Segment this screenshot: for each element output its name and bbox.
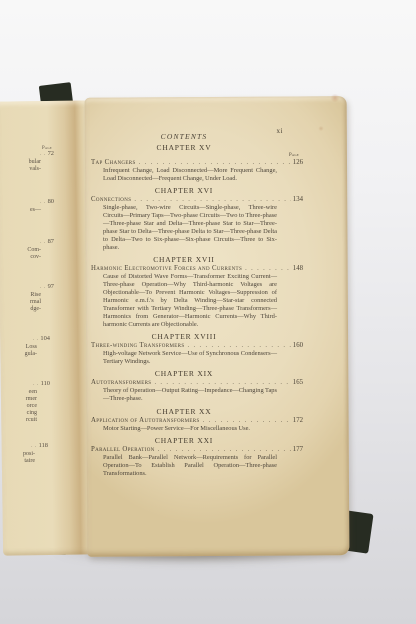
toc-sections: CHAPTER XV Page Tap Changers 126 Infrequ…	[91, 144, 303, 478]
toc-entry-description: Parallel Bank—Parallel Network—Requireme…	[103, 454, 277, 478]
fragment-page-number: 97	[0, 284, 54, 292]
page-title: CONTENTS	[161, 132, 208, 141]
fragment-page-number: 118	[0, 443, 48, 451]
toc-entry: Connections 134	[91, 196, 303, 204]
toc-entry-description: Theory of Operation—Output Rating—Impeda…	[103, 387, 277, 403]
contents-text-block: CONTENTS xi CHAPTER XV Page Tap Changers…	[91, 126, 303, 478]
book-photo: Page 72 bularvals- 80 es— 87 Com-cov- 97…	[0, 0, 416, 624]
toc-entry-page-number: 177	[293, 446, 303, 454]
chapter-heading: CHAPTER XVII	[91, 256, 277, 264]
left-page-fragment: 97 Risermaldge-	[0, 284, 54, 313]
fragment-page-number: 110	[0, 381, 50, 389]
fragment-page-number: 104	[0, 336, 50, 344]
toc-entry-description: Infrequent Change, Load Disconnected—Mor…	[103, 167, 277, 183]
toc-entry-page-number: 172	[293, 417, 303, 425]
page-column-label: Page	[91, 153, 299, 158]
toc-section: CHAPTER XX Application of Autotransforme…	[91, 408, 303, 433]
left-page-fragment: 104 Lossgula-	[0, 336, 50, 358]
folio-number: xi	[277, 127, 283, 135]
chapter-heading: CHAPTER XX	[91, 408, 277, 416]
toc-entry: Parallel Operation 177	[91, 446, 303, 454]
dot-leader	[245, 265, 291, 273]
fragment-word: vals-	[0, 166, 41, 173]
left-page-fragment: 80 es—	[0, 199, 54, 214]
left-page-fragments: Page 72 bularvals- 80 es— 87 Com-cov- 97…	[0, 0, 96, 624]
fragment-word: rmer	[0, 396, 37, 403]
toc-entry: Autotransformers 165	[91, 379, 303, 387]
fragment-word: gula-	[0, 351, 37, 358]
fragment-word: es—	[0, 207, 41, 214]
toc-section: CHAPTER XIX Autotransformers 165 Theory …	[91, 370, 303, 403]
toc-entry: Application of Autotransformers 172	[91, 417, 303, 425]
left-page-fragment: 118 posi-taire	[0, 443, 48, 465]
toc-entry-title: Three-winding Transformers	[91, 342, 184, 350]
toc-entry: Three-winding Transformers 160	[91, 342, 303, 350]
toc-entry-title: Autotransformers	[91, 379, 151, 387]
fragment-word: Rise	[0, 292, 41, 299]
running-header: CONTENTS xi	[91, 126, 277, 135]
fragment-word: een	[0, 389, 37, 396]
toc-entry-description: Motor Starting—Power Service—For Miscell…	[103, 425, 277, 433]
fragment-word: Com-	[0, 247, 41, 254]
dot-leader	[134, 196, 290, 204]
chapter-heading: CHAPTER XVIII	[91, 333, 277, 341]
fragment-page-number: 80	[0, 199, 54, 207]
toc-entry-page-number: 165	[293, 379, 303, 387]
page-stain	[330, 94, 340, 102]
toc-entry-page-number: 134	[293, 196, 303, 204]
fragment-page-number: 87	[0, 239, 54, 247]
toc-section: CHAPTER XXI Parallel Operation 177 Paral…	[91, 437, 303, 478]
toc-entry: Tap Changers 126	[91, 159, 303, 167]
toc-entry-description: High-voltage Network Service—Use of Sync…	[103, 350, 277, 366]
chapter-heading: CHAPTER XV	[91, 144, 277, 152]
fragment-word: rmal	[0, 299, 41, 306]
fragment-word: orce	[0, 403, 37, 410]
dot-leader	[154, 379, 290, 387]
fragment-word: dge-	[0, 306, 41, 313]
toc-entry-title: Connections	[91, 196, 131, 204]
toc-entry-page-number: 160	[293, 342, 303, 350]
toc-entry-description: Single-phase, Two-wire Circuits—Single-p…	[103, 204, 277, 251]
toc-entry-title: Application of Autotransformers	[91, 417, 200, 425]
chapter-heading: CHAPTER XIX	[91, 370, 277, 378]
toc-entry: Harmonic Electromotive Forces and Curren…	[91, 265, 303, 273]
toc-section: CHAPTER XVII Harmonic Electromotive Forc…	[91, 256, 303, 328]
left-page-fragment: 110 eenrmerorcecingrcuit	[0, 381, 50, 423]
fragment-word: cing	[0, 410, 37, 417]
fragment-word: cov-	[0, 254, 41, 261]
fragment-page-number: 72	[0, 151, 54, 159]
toc-section: CHAPTER XV Page Tap Changers 126 Infrequ…	[91, 144, 303, 183]
fragment-word: Loss	[0, 344, 37, 351]
fragment-word: bular	[0, 159, 41, 166]
fragment-word: posi-	[0, 451, 35, 458]
toc-section: CHAPTER XVI Connections 134 Single-phase…	[91, 187, 303, 251]
toc-entry-description: Cause of Distorted Wave Forms—Transforme…	[103, 273, 277, 328]
chapter-heading: CHAPTER XXI	[91, 437, 277, 445]
chapter-heading: CHAPTER XVI	[91, 187, 277, 195]
dot-leader	[139, 159, 291, 167]
page-stain	[318, 126, 324, 131]
left-page-fragment: Page 72 bularvals-	[0, 146, 54, 173]
dot-leader	[187, 342, 290, 350]
toc-entry-title: Harmonic Electromotive Forces and Curren…	[91, 265, 242, 273]
fragment-word: taire	[0, 458, 35, 465]
fragment-word: rcuit	[0, 417, 37, 424]
dot-leader	[158, 446, 291, 454]
toc-entry-title: Parallel Operation	[91, 446, 155, 454]
toc-entry-page-number: 126	[293, 159, 303, 167]
toc-entry-title: Tap Changers	[91, 159, 136, 167]
toc-entry-page-number: 148	[293, 265, 303, 273]
left-page-fragment: 87 Com-cov-	[0, 239, 54, 261]
toc-section: CHAPTER XVIII Three-winding Transformers…	[91, 333, 303, 366]
dot-leader	[203, 417, 291, 425]
